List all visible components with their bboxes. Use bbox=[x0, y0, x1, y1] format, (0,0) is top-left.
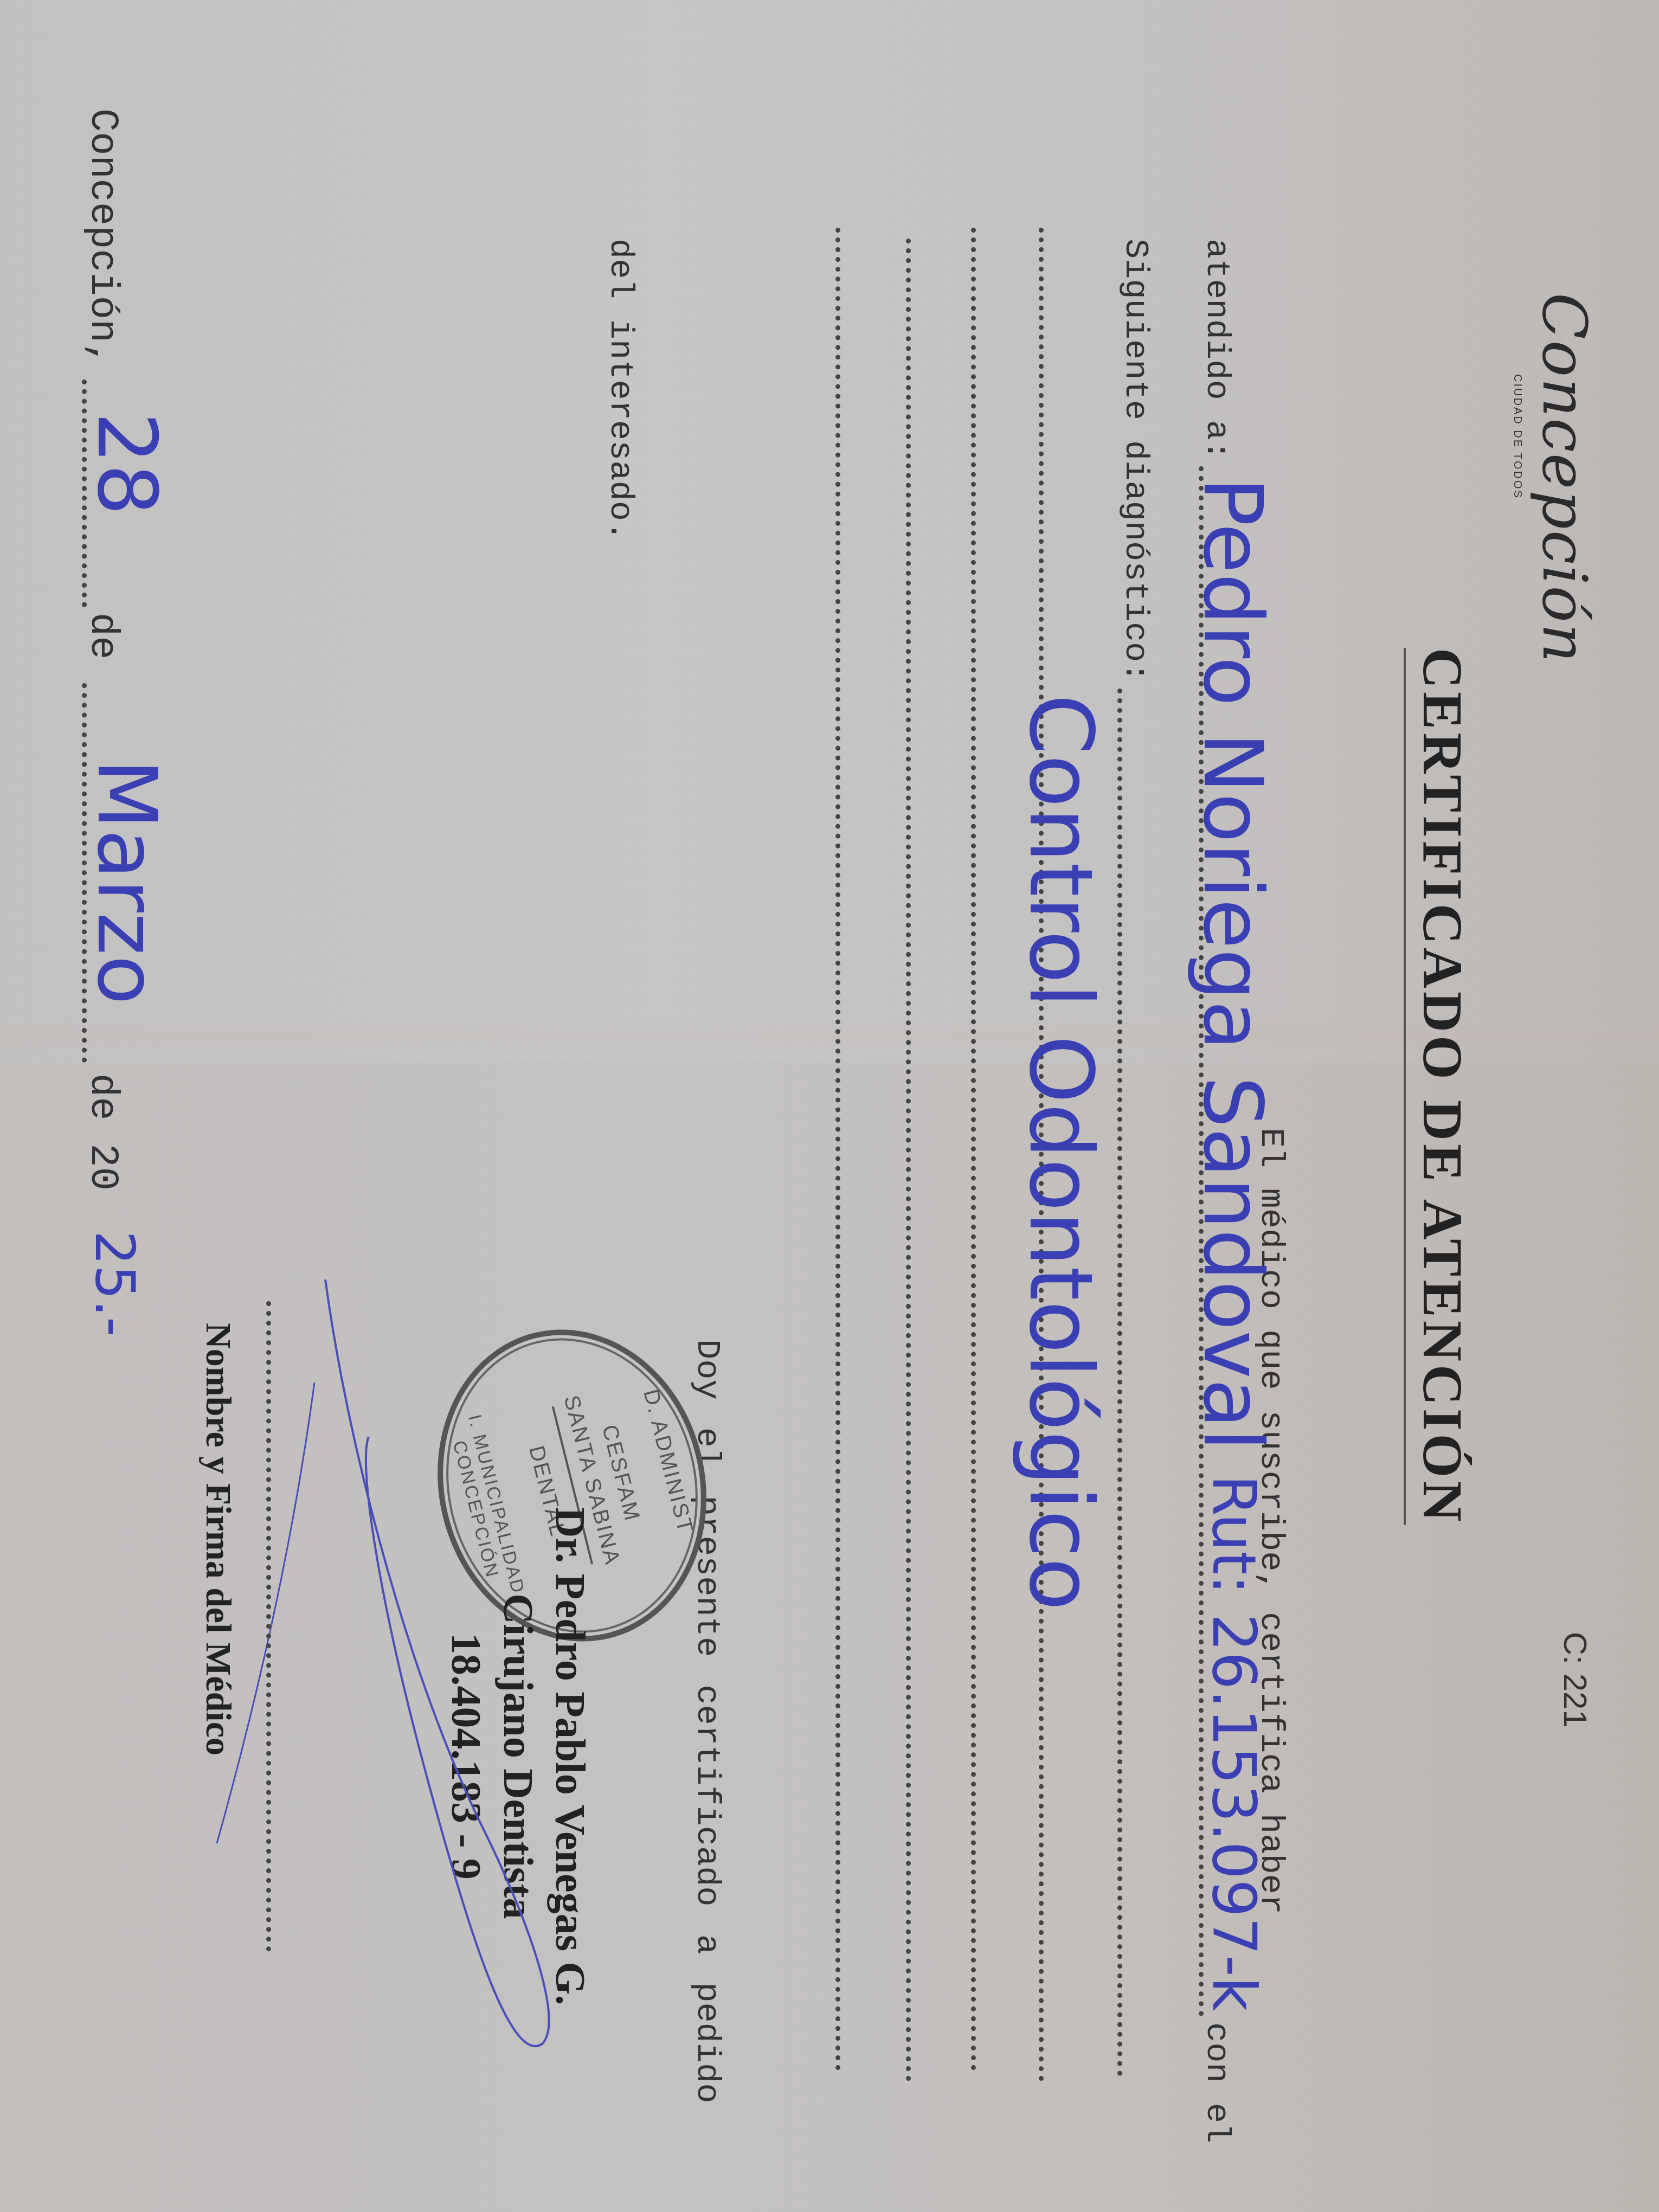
patient-rut-handwritten: Rut: 26.153.097-k bbox=[1199, 1475, 1269, 2011]
logo-text: Concepción bbox=[1529, 293, 1599, 664]
month-handwritten: Marzo bbox=[79, 759, 173, 1005]
diagnosis-label: Siguiente diagnóstico: bbox=[1116, 239, 1155, 683]
doctor-name: Dr. Pedro Pablo Venegas G. bbox=[544, 1507, 596, 2005]
attended-label: atendido a: bbox=[1198, 239, 1236, 460]
diagnosis-field-line-3 bbox=[971, 228, 976, 2071]
doctor-title: Cirujano Dentista bbox=[492, 1507, 544, 2005]
page-title: CERTIFICADO DE ATENCIÓN bbox=[1404, 648, 1475, 1525]
municipal-logo: Concepción bbox=[1529, 293, 1599, 664]
doctor-block: Dr. Pedro Pablo Venegas G. Cirujano Dent… bbox=[440, 1507, 596, 2005]
certificate-page: Concepción Ciudad de todos C: 221 CERTIF… bbox=[0, 0, 1659, 2212]
year-prefix: de 20 bbox=[80, 1073, 125, 1191]
document-code: C: 221 bbox=[1557, 1632, 1594, 1728]
closing-line-2: del interesado. bbox=[601, 239, 640, 541]
diagnosis-handwritten: Control Odontológico bbox=[1010, 694, 1111, 1611]
logo-tagline: Ciudad de todos bbox=[1511, 374, 1523, 499]
year-handwritten: 25.- bbox=[83, 1231, 146, 1336]
de-label: de bbox=[80, 613, 125, 659]
diagnosis-field-line-1 bbox=[1117, 689, 1122, 2076]
signature-line bbox=[266, 1301, 271, 1952]
diagnosis-field-line-5 bbox=[835, 228, 840, 2071]
diagnosis-field-line-4 bbox=[906, 239, 911, 2082]
with-label: con el bbox=[1198, 2022, 1236, 2143]
day-handwritten: 28 bbox=[79, 412, 173, 516]
doctor-rut: 18.404.183 - 9 bbox=[440, 1507, 492, 2005]
signature-label: Nombre y Firma del Médico bbox=[197, 1323, 239, 1756]
rut-value: 26.153.097-k bbox=[1199, 1613, 1269, 2011]
patient-name-handwritten: Pedro Noriega Sandoval bbox=[1185, 477, 1279, 1451]
rut-label: Rut: bbox=[1199, 1475, 1269, 1594]
city-label: Concepción, bbox=[80, 108, 125, 366]
